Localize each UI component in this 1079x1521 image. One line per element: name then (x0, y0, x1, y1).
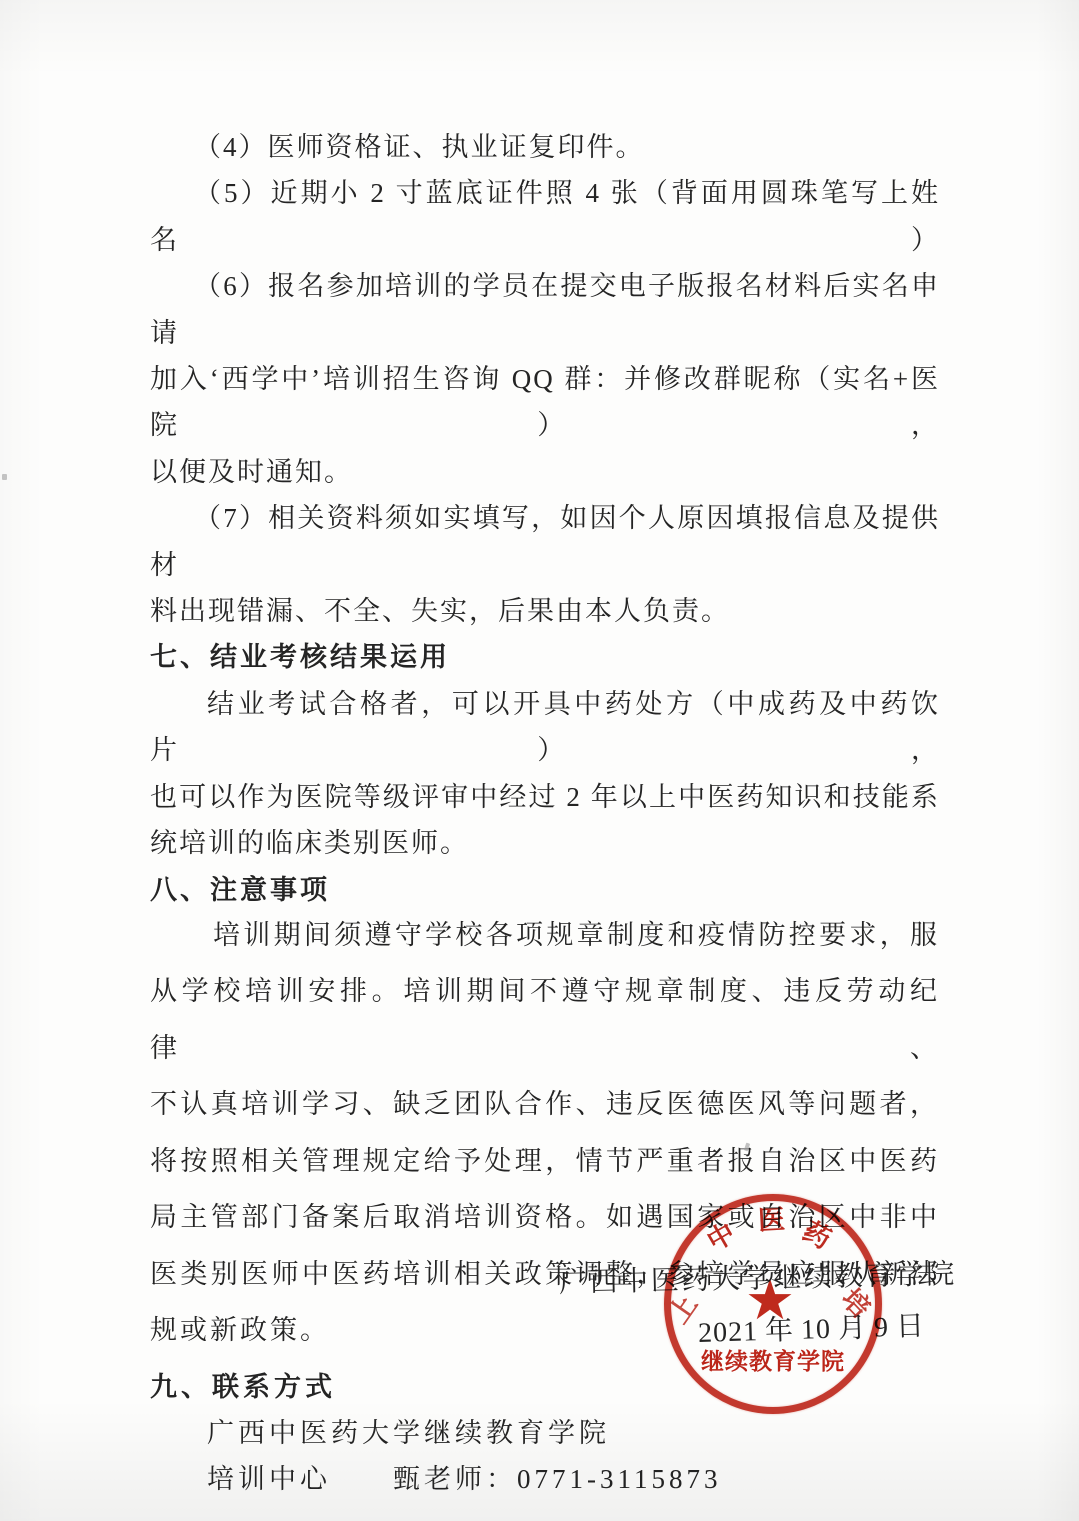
doc-line-item4: （4）医师资格证、执业证复印件。 (150, 124, 940, 170)
section-9-contact: 九、联系方式 广西中医药大学继续教育学院 培训中心 甄老师：0771-31158… (150, 1364, 940, 1502)
doc-line: 结业考试合格者，可以开具中药处方（中成药及中药饮片）， (150, 681, 940, 774)
section-heading-9: 九、联系方式 (150, 1364, 940, 1410)
contact-phone-line: 培训中心 甄老师：0771-3115873 (150, 1456, 940, 1502)
signature-date: 2021 年 10 月 9 日 (697, 1304, 925, 1351)
doc-line-item7: （7）相关资料须如实填写，如因个人原因填报信息及提供材 (150, 495, 940, 588)
doc-line: 加入‘西学中’培训招生咨询 QQ 群：并修改群昵称（实名+医院）， (150, 356, 940, 449)
scan-artifact (2, 474, 7, 480)
doc-line: 不认真培训学习、缺乏团队合作、违反医德医风等问题者， (150, 1076, 940, 1133)
doc-line: 料出现错漏、不全、失实，后果由本人负责。 (150, 588, 940, 634)
doc-line: 将按照相关管理规定给予处理，情节严重者报自治区中医药 (150, 1133, 940, 1190)
doc-line-item5: （5）近期小 2 寸蓝底证件照 4 张（背面用圆珠笔写上姓名） (150, 170, 940, 263)
doc-line: 局主管部门备案后取消培训资格。如遇国家或自治区中非中 (150, 1189, 940, 1246)
document-page: （4）医师资格证、执业证复印件。 （5）近期小 2 寸蓝底证件照 4 张（背面用… (0, 0, 1079, 1521)
section-items-and-7: （4）医师资格证、执业证复印件。 （5）近期小 2 寸蓝底证件照 4 张（背面用… (150, 124, 940, 913)
doc-line: 培训期间须遵守学校各项规章制度和疫情防控要求，服 (150, 907, 940, 964)
contact-org-line: 广西中医药大学继续教育学院 (150, 1410, 940, 1456)
doc-line: 以便及时通知。 (150, 449, 940, 495)
doc-line: 从学校培训安排。培训期间不遵守规章制度、违反劳动纪律、 (150, 963, 940, 1076)
doc-line: 也可以作为医院等级评审中经过 2 年以上中医药知识和技能系 (150, 774, 940, 820)
section-heading-7: 七、结业考核结果运用 (150, 634, 940, 680)
document-body: （4）医师资格证、执业证复印件。 （5）近期小 2 寸蓝底证件照 4 张（背面用… (150, 124, 940, 1502)
doc-line: 统培训的临床类别医师。 (150, 820, 940, 866)
doc-line-item6: （6）报名参加培训的学员在提交电子版报名材料后实名申请 (150, 263, 940, 356)
